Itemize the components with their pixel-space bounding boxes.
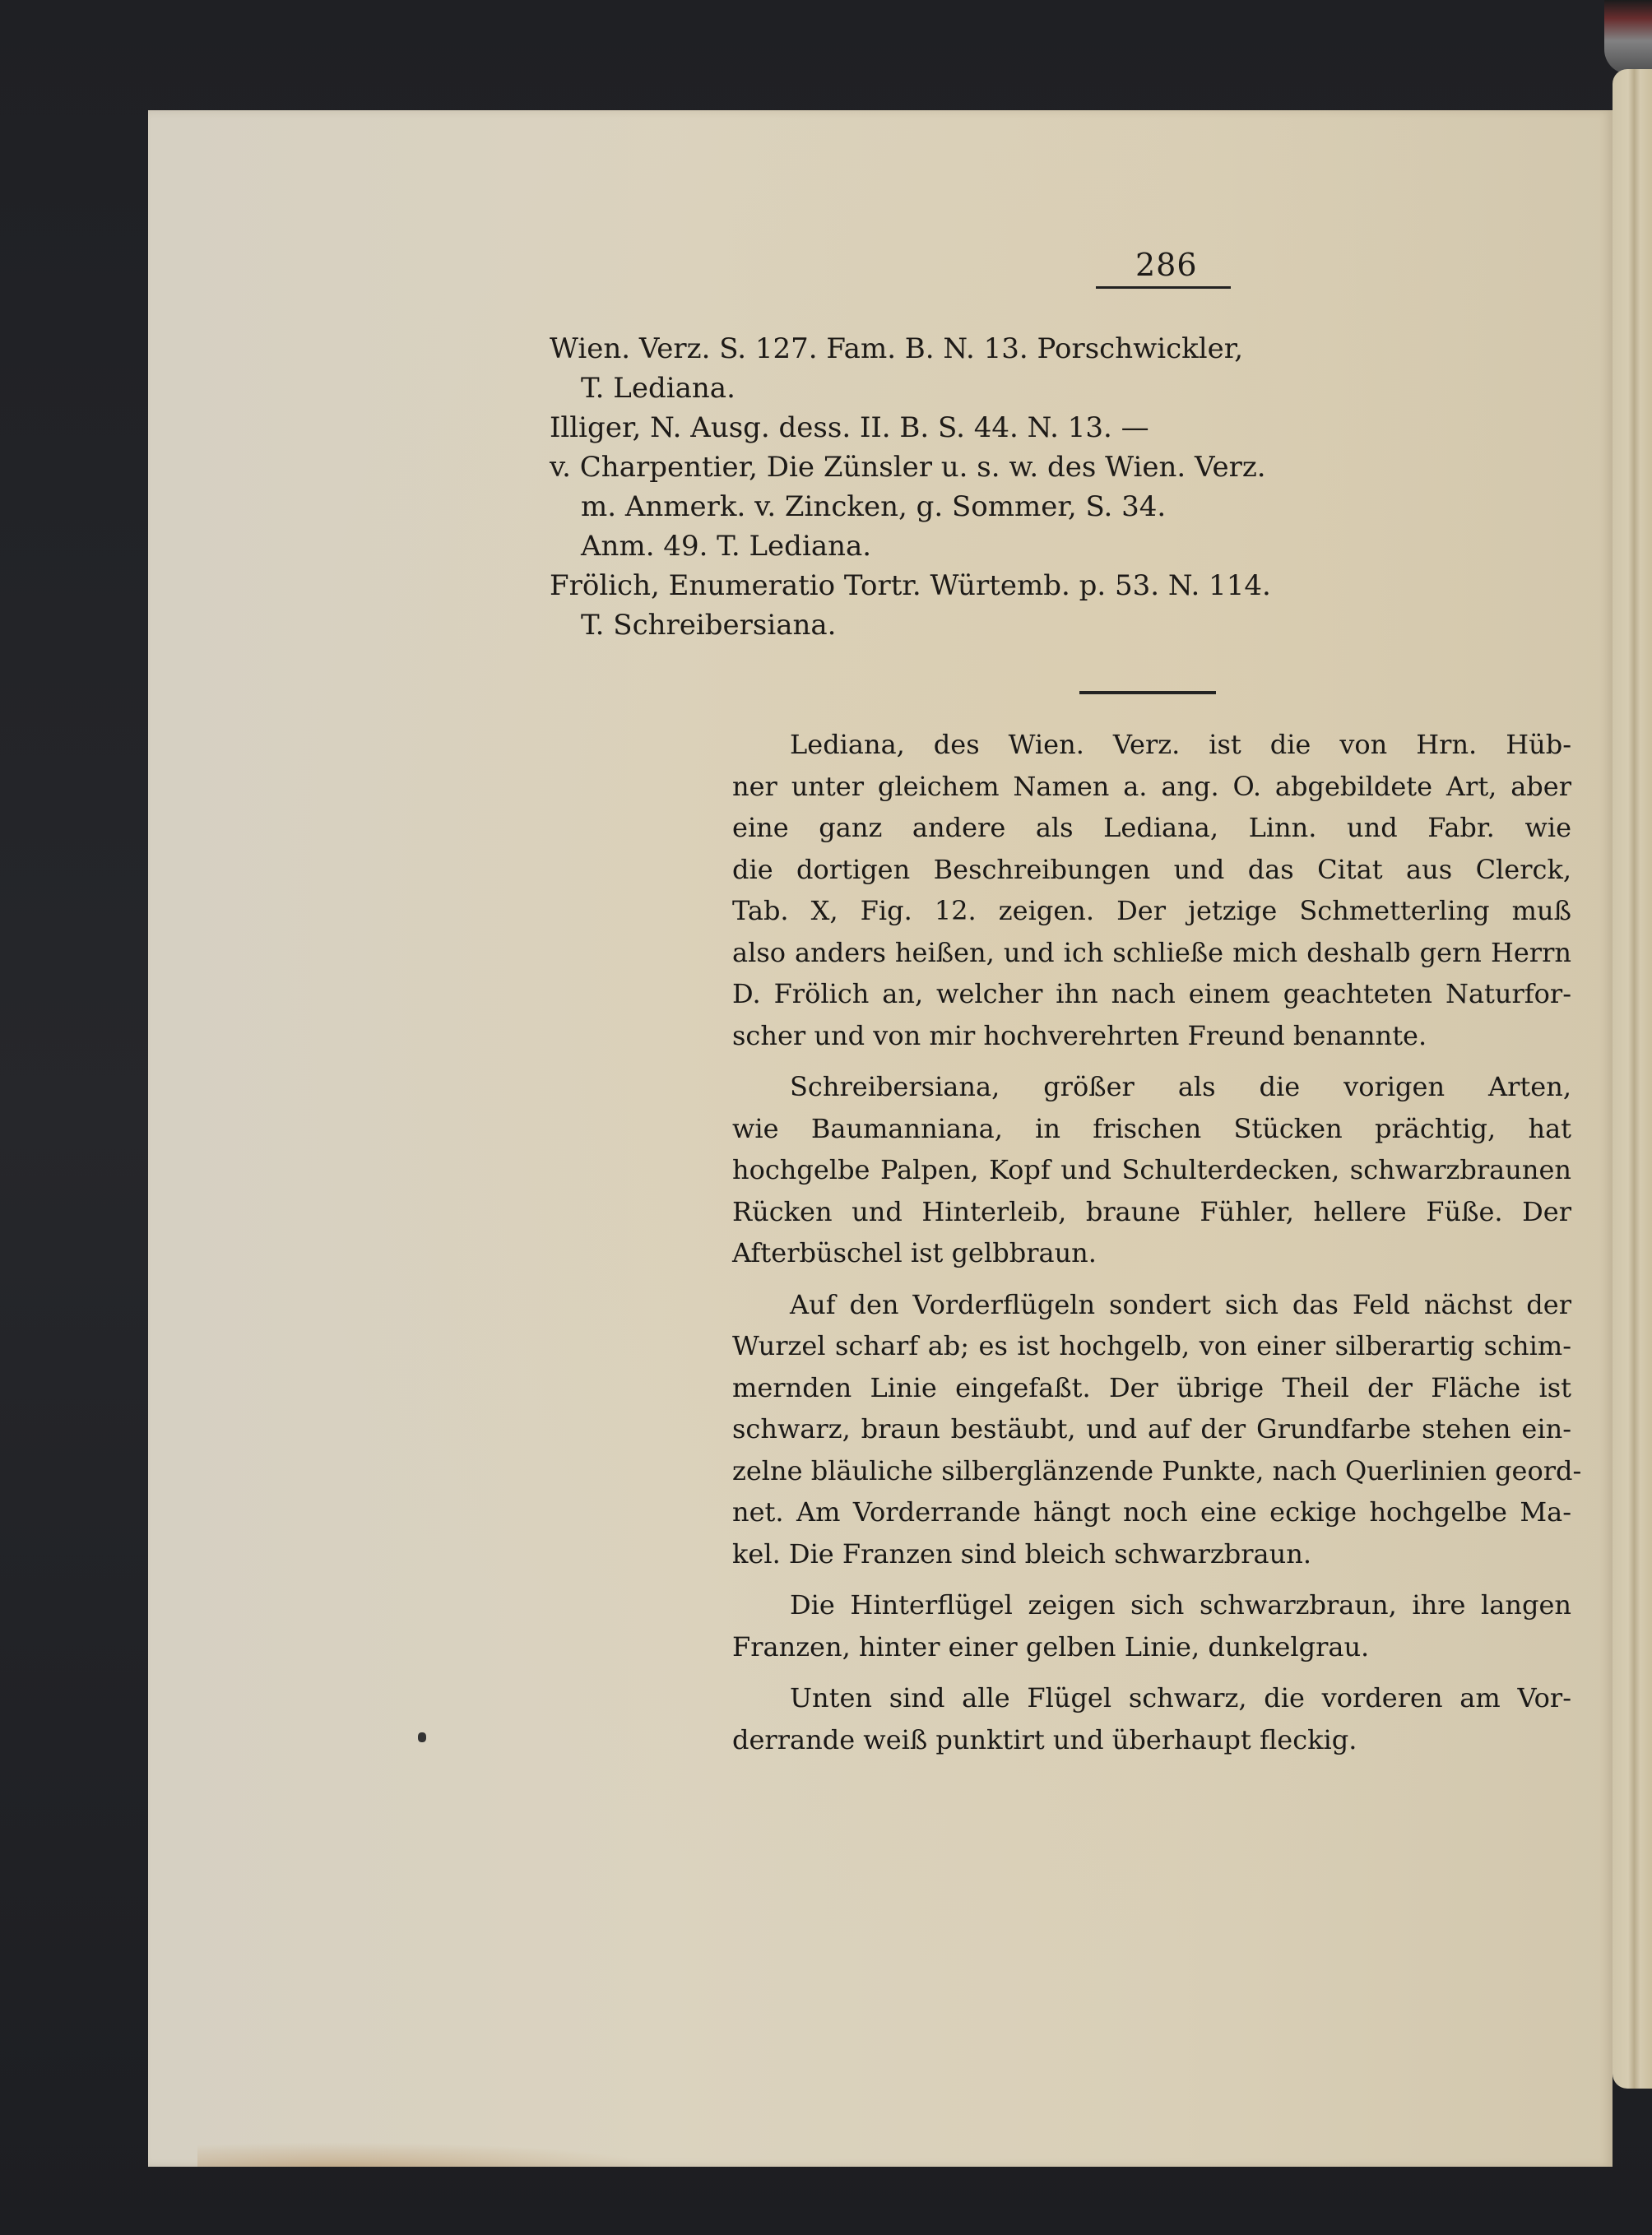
paragraph-underside: Unten sind alle Flügel schwarz, die vord… xyxy=(732,1677,1571,1760)
citation-line: Frölich, Enumeratio Tortr. Würtemb. p. 5… xyxy=(550,566,1578,605)
text-line: Tab. X, Fig. 12. zeigen. Der jetzige Sch… xyxy=(732,890,1571,932)
text-line: Schreibersiana, größer als die vorigen A… xyxy=(732,1066,1571,1108)
citation-line: Anm. 49. T. Lediana. xyxy=(550,526,1578,566)
text-line: net. Am Vorderrande hängt noch eine ecki… xyxy=(732,1491,1571,1533)
text-line: Lediana, des Wien. Verz. ist die von Hrn… xyxy=(732,724,1571,766)
book-edge-object xyxy=(1604,0,1652,74)
paragraph-hindwings: Die Hinterflügel zeigen sich schwarzbrau… xyxy=(732,1584,1571,1667)
text-line: Unten sind alle Flügel schwarz, die vord… xyxy=(732,1677,1571,1719)
text-line: eine ganz andere als Lediana, Linn. und … xyxy=(732,807,1571,849)
text-line: die dortigen Beschreibungen und das Cita… xyxy=(732,849,1571,891)
citation-line: v. Charpentier, Die Zünsler u. s. w. des… xyxy=(550,447,1578,487)
text-line: Franzen, hinter einer gelben Linie, dunk… xyxy=(732,1626,1571,1668)
text-line: Afterbüschel ist gelbbraun. xyxy=(732,1232,1571,1274)
text-line: mernden Linie eingefaßt. Der übrige Thei… xyxy=(732,1367,1571,1409)
citation-block: Wien. Verz. S. 127. Fam. B. N. 13. Porsc… xyxy=(550,329,1578,645)
text-line: scher und von mir hochverehrten Freund b… xyxy=(732,1015,1571,1057)
citation-line: T. Schreibersiana. xyxy=(550,605,1578,645)
text-line: hochgelbe Palpen, Kopf und Schulterdecke… xyxy=(732,1149,1571,1191)
text-line: ner unter gleichem Namen a. ang. O. abge… xyxy=(732,766,1571,808)
text-line: schwarz, braun bestäubt, und auf der Gru… xyxy=(732,1408,1571,1450)
book-gutter xyxy=(1613,69,1652,2089)
page-number-underline xyxy=(1096,286,1231,289)
paragraph-lediana: Lediana, des Wien. Verz. ist die von Hrn… xyxy=(732,724,1571,1056)
text-line: Auf den Vorderflügeln sondert sich das F… xyxy=(732,1284,1571,1326)
text-line: zelne bläuliche silberglänzende Punkte, … xyxy=(732,1450,1571,1492)
paragraph-schreibersiana: Schreibersiana, größer als die vorigen A… xyxy=(732,1066,1571,1274)
ink-blot xyxy=(418,1732,426,1742)
citation-line: m. Anmerk. v. Zincken, g. Sommer, S. 34. xyxy=(550,487,1578,526)
text-line: Rücken und Hinterleib, braune Fühler, he… xyxy=(732,1191,1571,1233)
text-line: also anders heißen, und ich schließe mic… xyxy=(732,932,1571,974)
paper-stain xyxy=(197,2142,658,2167)
text-line: wie Baumanniana, in frischen Stücken prä… xyxy=(732,1108,1571,1150)
body-text: Lediana, des Wien. Verz. ist die von Hrn… xyxy=(732,724,1571,1760)
citation-line: Illiger, N. Ausg. dess. II. B. S. 44. N.… xyxy=(550,408,1578,447)
text-line: Die Hinterflügel zeigen sich schwarzbrau… xyxy=(732,1584,1571,1626)
page-number: 286 xyxy=(1135,247,1198,283)
citation-line: Wien. Verz. S. 127. Fam. B. N. 13. Porsc… xyxy=(550,329,1578,369)
text-line: Wurzel scharf ab; es ist hochgelb, von e… xyxy=(732,1325,1571,1367)
paragraph-forewings: Auf den Vorderflügeln sondert sich das F… xyxy=(732,1284,1571,1575)
text-line: kel. Die Franzen sind bleich schwarzbrau… xyxy=(732,1533,1571,1575)
section-divider xyxy=(1079,691,1216,694)
text-line: derrande weiß punktirt und überhaupt fle… xyxy=(732,1719,1571,1761)
text-line: D. Frölich an, welcher ihn nach einem ge… xyxy=(732,973,1571,1015)
citation-line: T. Lediana. xyxy=(550,369,1578,408)
